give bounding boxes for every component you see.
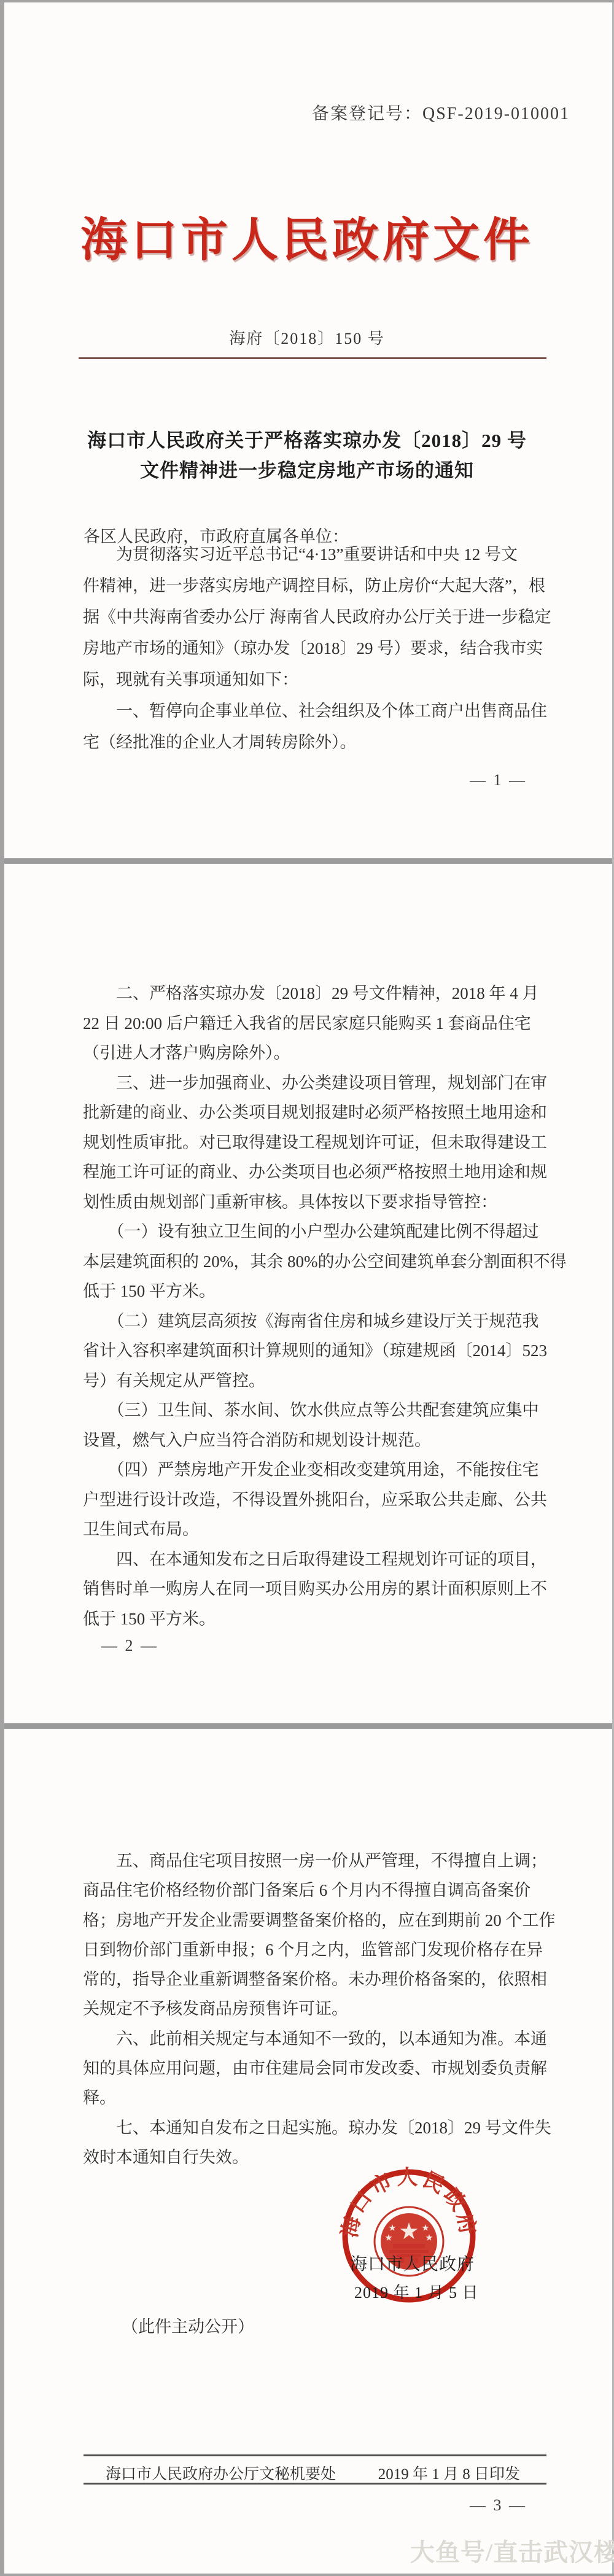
body-line: 号）有关规定从严管控。 — [83, 1366, 550, 1396]
document-scan: 备案登记号：QSF-2019-010001 海口市人民政府文件 海府〔2018〕… — [0, 0, 614, 2576]
body-line: （一）设有独立卫生间的小户型办公建筑配建比例不得超过 — [83, 1217, 550, 1247]
notice-title-line1: 海口市人民政府关于严格落实琼办发〔2018〕29 号 — [0, 425, 614, 452]
body-line: 程施工许可证的商业、办公类项目也必须严格按照土地用途和规 — [83, 1157, 550, 1187]
scan-edge-left — [0, 0, 4, 2576]
page1-number: — 1 — — [470, 771, 527, 789]
body-line: 际，现就有关事项通知如下： — [83, 664, 550, 696]
body-line: 销售时单一购房人在同一项目购买办公用房的累计面积原则上不 — [83, 1574, 550, 1604]
signing-date: 2019 年 1 月 5 日 — [354, 2280, 479, 2303]
body-line: 据《中共海南省委办公厅 海南省人民政府办公厅关于进一步稳定 — [83, 602, 550, 633]
body-line: 低于 150 平方米。 — [83, 1276, 550, 1306]
scan-edge-bottom — [0, 2574, 614, 2576]
scan-edge-top — [0, 0, 614, 2]
page-separator-2 — [0, 1723, 614, 1729]
body-line: 知的具体应用问题，由市住建局会同市发改委、市规划委负责解 — [83, 2054, 550, 2083]
body-line: 释。 — [83, 2083, 550, 2112]
body-line: 户型进行设计改造，不得设置外挑阳台，应采取公共走廊、公共 — [83, 1485, 550, 1515]
body-line: 房地产市场的通知》（琼办发〔2018〕29 号）要求，结合我市实 — [83, 633, 550, 664]
page-separator-1 — [0, 858, 614, 864]
body-line: 格；房地产开发企业需要调整备案价格的，应在到期前 20 个工作 — [83, 1906, 550, 1935]
page2-number: — 2 — — [101, 1637, 158, 1655]
footer-rule-top — [84, 2454, 546, 2456]
footer-rule-bottom — [84, 2483, 546, 2485]
masthead-title: 海口市人民政府文件 — [0, 203, 614, 270]
body-line: 三、进一步加强商业、办公类建设项目管理，规划部门在审 — [83, 1068, 550, 1098]
notice-title-line2: 文件精神进一步稳定房地产市场的通知 — [0, 455, 614, 483]
body-line: 本层建筑面积的 20%，其余 80%的办公空间建筑单套分割面积不得 — [83, 1247, 550, 1277]
footer-issuer: 海口市人民政府办公厅文秘机要处 — [106, 2462, 336, 2484]
body-line: 一、暂停向企事业单位、社会组织及个体工商户出售商品住 — [83, 696, 550, 727]
body-line: 四、在本通知发布之日后取得建设工程规划许可证的项目， — [83, 1545, 550, 1575]
registration-number: 备案登记号：QSF-2019-010001 — [312, 100, 570, 125]
footer-print-date: 2019 年 1 月 8 日印发 — [378, 2462, 520, 2484]
body-line: 七、本通知自发布之日起实施。琼办发〔2018〕29 号文件失 — [83, 2113, 550, 2143]
watermark: 大鱼号/直击武汉楼市 — [410, 2533, 614, 2568]
disclosure-note: （此件主动公开） — [122, 2313, 254, 2337]
body-line: 效时本通知自行失效。 — [83, 2143, 550, 2172]
page3-body: 五、商品住宅项目按照一房一价从严管理，不得擅自上调；商品住宅价格经物价部门备案后… — [83, 1846, 550, 2172]
body-line: 六、此前相关规定与本通知不一致的，以本通知为准。本通 — [83, 2024, 550, 2054]
body-line: （四）严禁房地产开发企业变相改变建筑用途，不能按住宅 — [83, 1455, 550, 1485]
body-line: 低于 150 平方米。 — [83, 1604, 550, 1634]
body-line: （三）卫生间、茶水间、饮水供应点等公共配套建筑应集中 — [83, 1395, 550, 1426]
body-line: 商品住宅价格经物价部门备案后 6 个月内不得擅自调高备案价 — [83, 1876, 550, 1905]
body-line: 规划性质审批。对已取得建设工程规划许可证，但未取得建设工 — [83, 1128, 550, 1158]
body-line: （二）建筑层高须按《海南省住房和城乡建设厅关于规范我 — [83, 1306, 550, 1336]
body-line: 关规定不予核发商品房预售许可证。 — [83, 1994, 550, 2023]
body-line: 为贯彻落实习近平总书记“4·13”重要讲话和中央 12 号文 — [83, 539, 550, 570]
body-line: 件精神，进一步落实房地产调控目标，防止房价“大起大落”，根 — [83, 570, 550, 602]
body-line: 二、严格落实琼办发〔2018〕29 号文件精神，2018 年 4 月 — [83, 979, 550, 1009]
body-line: 批新建的商业、办公类项目规划报建时必须严格按照土地用途和 — [83, 1098, 550, 1128]
body-line: 省计入容积率建筑面积计算规则的通知》（琼建规函〔2014〕523 — [83, 1336, 550, 1366]
body-line: 卫生间式布局。 — [83, 1515, 550, 1545]
body-line: 宅（经批准的企业人才周转房除外）。 — [83, 727, 550, 758]
page1-body: 为贯彻落实习近平总书记“4·13”重要讲话和中央 12 号文件精神，进一步落实房… — [83, 539, 550, 758]
body-line: 常的，指导企业重新调整备案价格。未办理价格备案的，依照相 — [83, 1965, 550, 1994]
body-line: （引进人才落户购房除外）。 — [83, 1038, 550, 1068]
signing-authority: 海口市人民政府 — [350, 2251, 475, 2275]
body-line: 设置，燃气入户应当符合消防和规划设计规范。 — [83, 1426, 550, 1456]
body-line: 五、商品住宅项目按照一房一价从严管理，不得擅自上调； — [83, 1846, 550, 1876]
page2-body: 二、严格落实琼办发〔2018〕29 号文件精神，2018 年 4 月22 日 2… — [83, 979, 550, 1634]
body-line: 22 日 20:00 后户籍迁入我省的居民家庭只能购买 1 套商品住宅 — [83, 1009, 550, 1039]
page3-number: — 3 — — [470, 2496, 527, 2515]
masthead-divider — [79, 357, 546, 359]
body-line: 划性质由规划部门重新审核。具体按以下要求指导管控： — [83, 1187, 550, 1217]
body-line: 日到物价部门重新申报；6 个月之内，监管部门发现价格存在异 — [83, 1935, 550, 1965]
document-number: 海府〔2018〕150 号 — [0, 326, 614, 349]
